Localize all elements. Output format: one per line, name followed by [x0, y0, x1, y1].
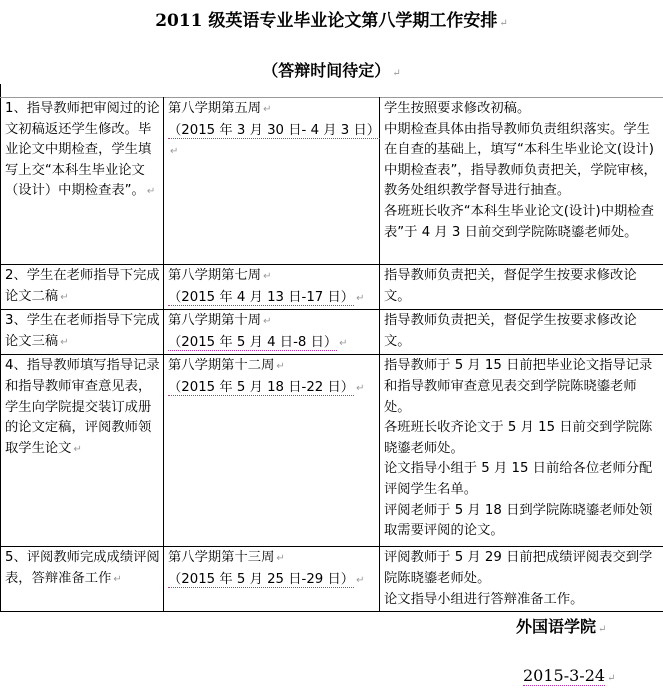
paragraph-mark-icon: ↵ [263, 271, 271, 282]
period-cell: 第八学期第十三周↵ （2015 年 5 月 25 日-29 日）↵ [164, 547, 380, 612]
paragraph-mark-icon: ↵ [170, 146, 178, 157]
week-label: 第八学期第十三周 [168, 550, 274, 565]
paragraph-mark-icon: ↵ [356, 575, 364, 586]
paragraph-mark-icon: ↵ [147, 186, 155, 197]
table-row: 3、学生在老师指导下完成论文三稿↵ 第八学期第十周↵ （2015 年 5 月 4… [1, 310, 663, 355]
paragraph-mark-icon: ↵ [263, 316, 271, 327]
note-line: 评阅老师于 5 月 18 日到学院陈晓鎏老师处领取需要评阅的论文。 [384, 501, 661, 542]
note-line: 指导教师于 5 月 15 日前把毕业论文指导记录和指导教师审查意见表交到学院陈晓… [384, 356, 661, 418]
note-line: 论文指导小组于 5 月 15 日前给各位老师分配评阅学生名单。 [384, 459, 661, 500]
paragraph-mark-icon: ↵ [276, 361, 284, 372]
date-range: （2015 年 5 月 25 日-29 日） [168, 572, 354, 588]
notes-cell: 指导教师于 5 月 15 日前把毕业论文指导记录和指导教师审查意见表交到学院陈晓… [380, 355, 663, 547]
period-cell: 第八学期第十二周↵ （2015 年 5 月 18 日-22 日）↵ [164, 355, 380, 547]
document-title-text: 2011 级英语专业毕业论文第八学期工作安排 [155, 11, 497, 31]
paragraph-mark-icon: ↵ [607, 673, 615, 684]
notes-cell: 指导教师负责把关，督促学生按要求修改论文。 [380, 265, 663, 310]
notes-cell: 学生按照要求修改初稿。 中期检查具体由指导教师负责组织落实。学生在自查的基础上，… [380, 98, 663, 265]
period-cell: 第八学期第七周↵ （2015 年 4 月 13 日-17 日）↵ [164, 265, 380, 310]
week-label: 第八学期第十二周 [168, 358, 274, 373]
document-title: 2011 级英语专业毕业论文第八学期工作安排↵ [0, 6, 663, 31]
note-line: 指导教师负责把关，督促学生按要求修改论文。 [384, 266, 661, 307]
paragraph-mark-icon: ↵ [73, 444, 81, 455]
note-line: 学生按照要求修改初稿。 [384, 99, 661, 120]
schedule-table: 1、指导教师把审阅过的论文初稿返还学生修改。毕业论文中期检查，学生填写上交“本科… [0, 97, 663, 612]
table-edge-marker [0, 84, 1, 98]
paragraph-mark-icon: ↵ [339, 338, 347, 349]
table-row: 1、指导教师把审阅过的论文初稿返还学生修改。毕业论文中期检查，学生填写上交“本科… [1, 98, 663, 265]
paragraph-mark-icon: ↵ [356, 293, 364, 304]
week-label: 第八学期第七周 [168, 268, 261, 283]
task-text: 3、学生在老师指导下完成论文三稿 [5, 313, 160, 349]
week-label: 第八学期第五周 [168, 101, 261, 116]
period-cell: 第八学期第五周↵ （2015 年 3 月 30 日- 4 月 3 日）↵ [164, 98, 380, 265]
task-text: 1、指导教师把审阅过的论文初稿返还学生修改。毕业论文中期检查，学生填写上交“本科… [5, 101, 160, 198]
task-text: 5、评阅教师完成成绩评阅表，答辩准备工作 [5, 550, 160, 586]
note-line: 各班班长收齐论文于 5 月 15 日前交到学院陈晓鎏老师处。 [384, 418, 661, 459]
task-cell: 3、学生在老师指导下完成论文三稿↵ [1, 310, 164, 355]
paragraph-mark-icon: ↵ [598, 624, 606, 635]
date-range: （2015 年 5 月 4 日-8 日） [168, 335, 337, 351]
note-line: 论文指导小组进行答辩准备工作。 [384, 590, 661, 611]
paragraph-mark-icon: ↵ [263, 104, 271, 115]
notes-cell: 指导教师负责把关，督促学生按要求修改论文。 [380, 310, 663, 355]
notes-cell: 评阅教师于 5 月 29 日前把成绩评阅表交到学院陈晓鎏老师处。 论文指导小组进… [380, 547, 663, 612]
document-subtitle-text: （答辩时间待定） [262, 61, 390, 80]
paragraph-mark-icon: ↵ [392, 68, 400, 79]
date-range: （2015 年 4 月 13 日-17 日） [168, 290, 354, 306]
date-range: （2015 年 3 月 30 日- 4 月 3 日） [168, 123, 380, 139]
organization-name: 外国语学院 [516, 617, 596, 636]
task-cell: 2、学生在老师指导下完成论文二稿↵ [1, 265, 164, 310]
footer-date: 2015-3-24↵ [523, 666, 615, 685]
week-label: 第八学期第十周 [168, 313, 261, 328]
note-line: 中期检查具体由指导教师负责组织落实。学生在自查的基础上，填写“本科生毕业论文(设… [384, 120, 661, 202]
date-range: （2015 年 5 月 18 日-22 日） [168, 380, 354, 396]
task-text: 2、学生在老师指导下完成论文二稿 [5, 268, 160, 304]
period-cell: 第八学期第十周↵ （2015 年 5 月 4 日-8 日）↵ [164, 310, 380, 355]
document-subtitle: （答辩时间待定）↵ [0, 58, 663, 81]
footer-organization: 外国语学院↵ [516, 614, 606, 637]
paragraph-mark-icon: ↵ [276, 553, 284, 564]
task-cell: 1、指导教师把审阅过的论文初稿返还学生修改。毕业论文中期检查，学生填写上交“本科… [1, 98, 164, 265]
paragraph-mark-icon: ↵ [60, 337, 68, 348]
note-line: 指导教师负责把关，督促学生按要求修改论文。 [384, 311, 661, 352]
task-text: 4、指导教师填写指导记录和指导教师审查意见表，学生向学院提交装订成册的论文定稿，… [5, 358, 160, 455]
document-date: 2015-3-24 [523, 666, 605, 686]
paragraph-mark-icon: ↵ [356, 383, 364, 394]
paragraph-mark-icon: ↵ [113, 574, 121, 585]
table-row: 2、学生在老师指导下完成论文二稿↵ 第八学期第七周↵ （2015 年 4 月 1… [1, 265, 663, 310]
table-row: 4、指导教师填写指导记录和指导教师审查意见表，学生向学院提交装订成册的论文定稿，… [1, 355, 663, 547]
table-row: 5、评阅教师完成成绩评阅表，答辩准备工作↵ 第八学期第十三周↵ （2015 年 … [1, 547, 663, 612]
paragraph-mark-icon: ↵ [60, 292, 68, 303]
task-cell: 5、评阅教师完成成绩评阅表，答辩准备工作↵ [1, 547, 164, 612]
task-cell: 4、指导教师填写指导记录和指导教师审查意见表，学生向学院提交装订成册的论文定稿，… [1, 355, 164, 547]
paragraph-mark-icon: ↵ [499, 18, 507, 29]
note-line: 评阅教师于 5 月 29 日前把成绩评阅表交到学院陈晓鎏老师处。 [384, 548, 661, 589]
note-line: 各班班长收齐“本科生毕业论文(设计)中期检查表”于 4 月 3 日前交到学院陈晓… [384, 202, 661, 243]
